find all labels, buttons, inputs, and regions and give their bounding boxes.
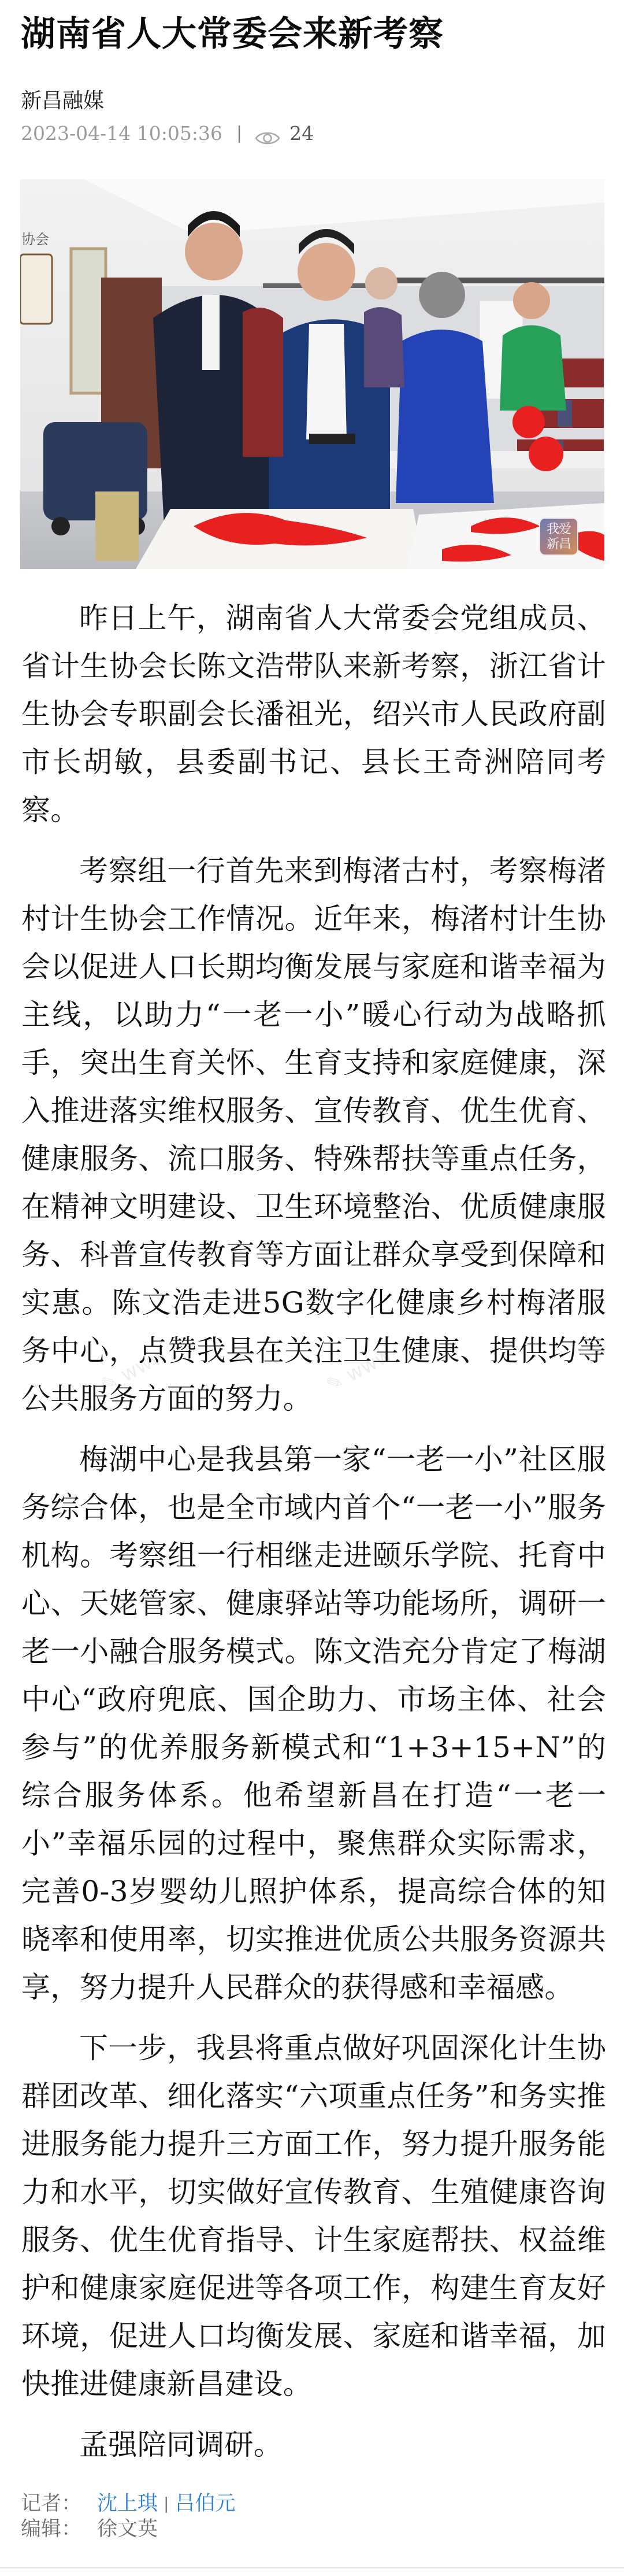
reporter-link-2[interactable]: 吕伯元 — [174, 2491, 235, 2516]
paragraph-4: 下一步，我县将重点做好巩固深化计生协群团改革、细化落实“六项重点任务”和务实推进… — [21, 2024, 606, 2408]
badge-line-1: 我爱 — [540, 522, 577, 537]
paragraph-5: 孟强陪同调研。 — [21, 2421, 606, 2469]
paragraph-3: 梅湖中心是我县第一家“一老一小”社区服务综合体，也是全市域内首个“一老一小”服务… — [21, 1436, 606, 2012]
watermark-badge: 我爱 新昌 — [539, 518, 578, 556]
article-photo: 协会 — [20, 179, 604, 569]
article-title: 湖南省人大常委会来新考察 — [21, 8, 604, 60]
reporter-row: 记者： 沈上琪 | 吕伯元 — [21, 2491, 235, 2516]
article-credits: 记者： 沈上琪 | 吕伯元 编辑： 徐文英 — [21, 2491, 235, 2542]
badge-line-2: 新昌 — [540, 537, 577, 552]
wall-sign-text: 协会 — [21, 231, 49, 247]
paragraph-2: 考察组一行首先来到梅渚古村，考察梅渚村计生协会工作情况。近年来，梅渚村计生协会以… — [21, 847, 606, 1423]
reporter-link-1[interactable]: 沈上琪 — [97, 2491, 158, 2516]
view-count: 24 — [289, 119, 314, 148]
eye-icon — [255, 126, 280, 143]
editor-name: 徐文英 — [97, 2516, 158, 2542]
meta-separator: | — [236, 119, 242, 148]
article-body: 昨日上午，湖南省人大常委会党组成员、省计生协会长陈文浩带队来新考察，浙江省计生协… — [21, 594, 606, 2482]
publish-time: 2023-04-14 10:05:36 — [21, 119, 222, 148]
reporter-separator: | — [164, 2491, 169, 2516]
article-source: 新昌融媒 — [21, 87, 104, 116]
editor-row: 编辑： 徐文英 — [21, 2516, 235, 2542]
article-meta: 2023-04-14 10:05:36 | 24 — [21, 119, 314, 148]
footer-divider — [0, 2567, 624, 2568]
photo-scene: 协会 — [20, 179, 604, 569]
editor-label: 编辑： — [21, 2516, 97, 2542]
paragraph-1: 昨日上午，湖南省人大常委会党组成员、省计生协会长陈文浩带队来新考察，浙江省计生协… — [21, 594, 606, 834]
reporter-label: 记者： — [21, 2491, 97, 2516]
